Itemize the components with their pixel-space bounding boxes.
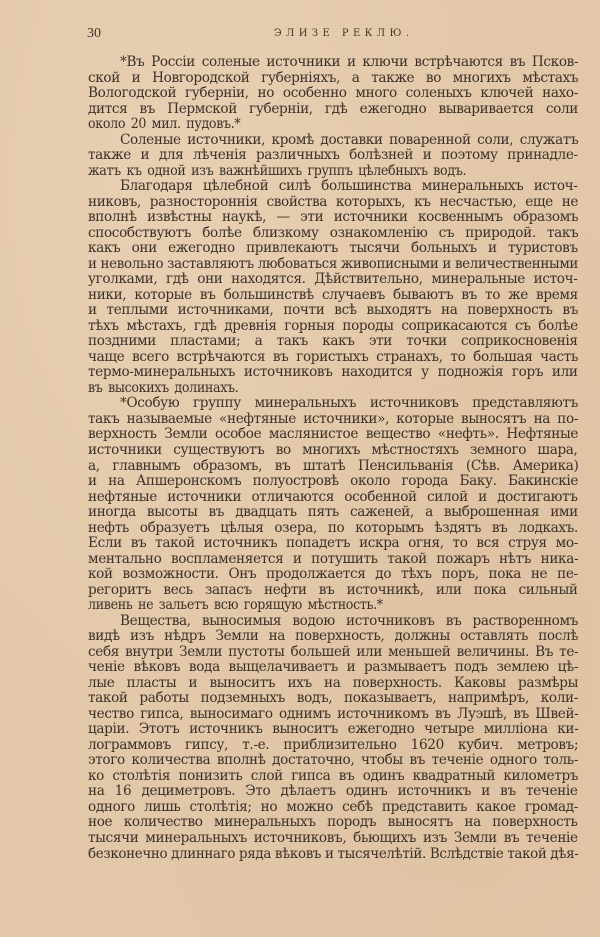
text-line: себя внутри Земли пустоты большей или ме… [88,644,578,660]
text-line-content: себя внутри Земли пустоты большей или ме… [88,644,578,660]
text-line: способствуютъ болѣе близкому ознакомлені… [88,225,578,241]
text-line-content: источники существуютъ во многихъ мѣстнос… [88,442,578,458]
text-line: Вологодской губерніи, но особенно много … [88,85,578,101]
text-line-content: никовъ, разностороннія свойства которыхъ… [88,194,578,210]
text-line-content: дится въ Пермской губерніи, гдѣ ежегодно… [88,101,578,117]
text-line-content: нефть образуетъ цѣлыя озера, по которымъ… [88,520,578,536]
text-line-content: около 20 мил. пудовъ.* [88,116,240,132]
text-line: около 20 мил. пудовъ.* [88,116,578,132]
text-line-content: царіи. Этотъ источникъ выноситъ ежегодно… [88,721,578,737]
text-line: въ высокихъ долинахъ. [88,380,578,396]
text-line-content: безконечно длиннаго ряда вѣковъ и тысяче… [88,846,578,862]
text-line-content: ской и Новгородской губерніяхъ, а также … [88,70,578,86]
running-head: ЭЛИЗЕ РЕКЛЮ. [274,28,413,40]
text-line: и теплыми источниками, почти всѣ выходят… [88,302,578,318]
text-line-content: тысячи минеральныхъ источниковъ, бьющихъ… [88,830,578,846]
text-line-content: ники, которые въ большинствѣ случаевъ бы… [88,287,578,303]
text-line-content: ченіе вѣковъ вода выщелачиваетъ и размыв… [88,659,578,675]
text-line: дится въ Пермской губерніи, гдѣ ежегодно… [88,101,578,117]
text-line-content: на 16 дециметровъ. Это дѣлаетъ одинъ ист… [88,783,578,799]
text-line: лые пласты и выноситъ ихъ на поверхность… [88,675,578,691]
text-line: иногда высоты въ двадцать пять саженей, … [88,504,578,520]
text-line: также и для лѣченія различныхъ болѣзней … [88,147,578,163]
text-line: ники, которые въ большинствѣ случаевъ бы… [88,287,578,303]
text-line: Вещества, выносимыя водою источниковъ въ… [120,613,578,629]
text-line: ментально воспламеняется и потушить тако… [88,551,578,567]
text-line: тѣхъ мѣстахъ, гдѣ древнія горныя породы … [88,318,578,334]
text-line: жатъ къ одной изъ важнѣйшихъ группъ цѣле… [88,163,578,179]
text-line-content: Если въ такой источникъ попадетъ искра о… [88,535,578,551]
text-line: чество гипса, выносимаго однимъ источник… [88,706,578,722]
text-line-content: Соленые источники, кромѣ доставки поваре… [120,132,578,148]
text-line-content: ментально воспламеняется и потушить тако… [88,551,578,567]
text-line: и на Апшеронскомъ полуостровѣ около горо… [88,473,578,489]
text-line: термо-минеральныхъ источниковъ находится… [88,364,578,380]
text-line: видѣ изъ нѣдръ Земли на поверхность, дол… [88,628,578,644]
text-line-content: *Въ Россіи соленые источники и ключи вст… [120,54,578,70]
text-line-content: ко столѣтія понизить слой гипса въ одинъ… [88,768,578,784]
text-line-content: и невольно заставляютъ любоваться живопи… [88,256,578,272]
text-line: Если въ такой источникъ попадетъ искра о… [88,535,578,551]
text-line: *Въ Россіи соленые источники и ключи вст… [120,54,578,70]
text-line: кой возможности. Онъ продолжается до тѣх… [88,566,578,582]
text-line: поздними пластами; а такъ какъ эти точки… [88,333,578,349]
text-line: нефтяные источники отличаются особенной … [88,489,578,505]
text-line-content: такъ называемые «нефтяные источники», ко… [88,411,578,427]
text-line-content: а, главнымъ образомъ, въ штатѣ Пенсильва… [88,458,578,474]
text-line: безконечно длиннаго ряда вѣковъ и тысяче… [88,846,578,862]
text-line-content: способствуютъ болѣе близкому ознакомлені… [88,225,578,241]
page-number: 30 [87,26,101,42]
text-line: ное количество минеральныхъ породъ вынос… [88,814,578,830]
text-line-content: иногда высоты въ двадцать пять саженей, … [88,504,578,520]
text-line: такой работы подземныхъ водъ, показывает… [88,690,578,706]
text-line: ченіе вѣковъ вода выщелачиваетъ и размыв… [88,659,578,675]
text-line: верхность Земли особое маслянистое вещес… [88,426,578,442]
text-line-content: этого количества вполнѣ достаточно, чтоб… [88,752,578,768]
text-line-content: такой работы подземныхъ водъ, показывает… [88,690,578,706]
text-line-content: лые пласты и выноситъ ихъ на поверхность… [88,675,578,691]
text-line-content: Вологодской губерніи, но особенно много … [88,85,578,101]
text-line-content: ливень не зальетъ всю горящую мѣстность.… [88,597,383,613]
text-line: одного лишь столѣтія; но можно себѣ пред… [88,799,578,815]
text-line-content: уголками, гдѣ они находятся. Дѣйствитель… [88,271,578,287]
text-line: лограммовъ гипсу, т.-е. приблизительно 1… [88,737,578,753]
text-line-content: Вещества, выносимыя водою источниковъ въ… [120,613,578,629]
text-line-content: поздними пластами; а такъ какъ эти точки… [88,333,578,349]
text-line: этого количества вполнѣ достаточно, чтоб… [88,752,578,768]
text-line: ливень не зальетъ всю горящую мѣстность.… [88,597,578,613]
text-line: ко столѣтія понизить слой гипса въ одинъ… [88,768,578,784]
text-line: уголками, гдѣ они находятся. Дѣйствитель… [88,271,578,287]
text-line-content: *Особую группу минеральныхъ источниковъ … [120,395,578,411]
text-line-content: ное количество минеральныхъ породъ вынос… [88,814,578,830]
text-line-content: жатъ къ одной изъ важнѣйшихъ группъ цѣле… [88,163,466,179]
text-line: нефть образуетъ цѣлыя озера, по которымъ… [88,520,578,536]
text-line: никовъ, разностороннія свойства которыхъ… [88,194,578,210]
text-line-content: нефтяные источники отличаются особенной … [88,489,578,505]
text-line: вполнѣ извѣстны наукѣ, — эти источники к… [88,209,578,225]
text-line-content: чество гипса, выносимаго однимъ источник… [88,706,578,722]
text-line: чаще всего встрѣчаются въ гористыхъ стра… [88,349,578,365]
text-line-content: какъ они ежегодно привлекаютъ тысячи бол… [88,240,578,256]
text-line-content: тѣхъ мѣстахъ, гдѣ древнія горныя породы … [88,318,578,334]
text-line-content: одного лишь столѣтія; но можно себѣ пред… [88,799,578,815]
text-line: источники существуютъ во многихъ мѣстнос… [88,442,578,458]
text-line: тысячи минеральныхъ источниковъ, бьющихъ… [88,830,578,846]
text-line-content: и на Апшеронскомъ полуостровѣ около горо… [88,473,578,489]
text-line: царіи. Этотъ источникъ выноситъ ежегодно… [88,721,578,737]
text-line: *Особую группу минеральныхъ источниковъ … [120,395,578,411]
text-line-content: чаще всего встрѣчаются въ гористыхъ стра… [88,349,578,365]
text-line-content: регоритъ весь запасъ нефти въ источникѣ,… [88,582,578,598]
text-line-content: видѣ изъ нѣдръ Земли на поверхность, дол… [88,628,578,644]
text-line: на 16 дециметровъ. Это дѣлаетъ одинъ ист… [88,783,578,799]
text-line-content: верхность Земли особое маслянистое вещес… [88,426,578,442]
text-line: такъ называемые «нефтяные источники», ко… [88,411,578,427]
text-line: какъ они ежегодно привлекаютъ тысячи бол… [88,240,578,256]
text-line-content: термо-минеральныхъ источниковъ находится… [88,364,578,380]
text-line-content: лограммовъ гипсу, т.-е. приблизительно 1… [88,737,578,753]
text-line: Благодаря цѣлебной силѣ большинства мине… [120,178,578,194]
text-line: ской и Новгородской губерніяхъ, а также … [88,70,578,86]
text-line-content: также и для лѣченія различныхъ болѣзней … [88,147,578,163]
text-line-content: вполнѣ извѣстны наукѣ, — эти источники к… [88,209,578,225]
text-line: а, главнымъ образомъ, въ штатѣ Пенсильва… [88,458,578,474]
text-line-content: Благодаря цѣлебной силѣ большинства мине… [120,178,578,194]
text-line: регоритъ весь запасъ нефти въ источникѣ,… [88,582,578,598]
text-line-content: и теплыми источниками, почти всѣ выходят… [88,302,578,318]
text-line: и невольно заставляютъ любоваться живопи… [88,256,578,272]
text-line: Соленые источники, кромѣ доставки поваре… [120,132,578,148]
text-line-content: въ высокихъ долинахъ. [88,380,238,396]
book-page: 30 ЭЛИЗЕ РЕКЛЮ. *Въ Россіи соленые источ… [0,0,600,937]
text-line-content: кой возможности. Онъ продолжается до тѣх… [88,566,578,582]
